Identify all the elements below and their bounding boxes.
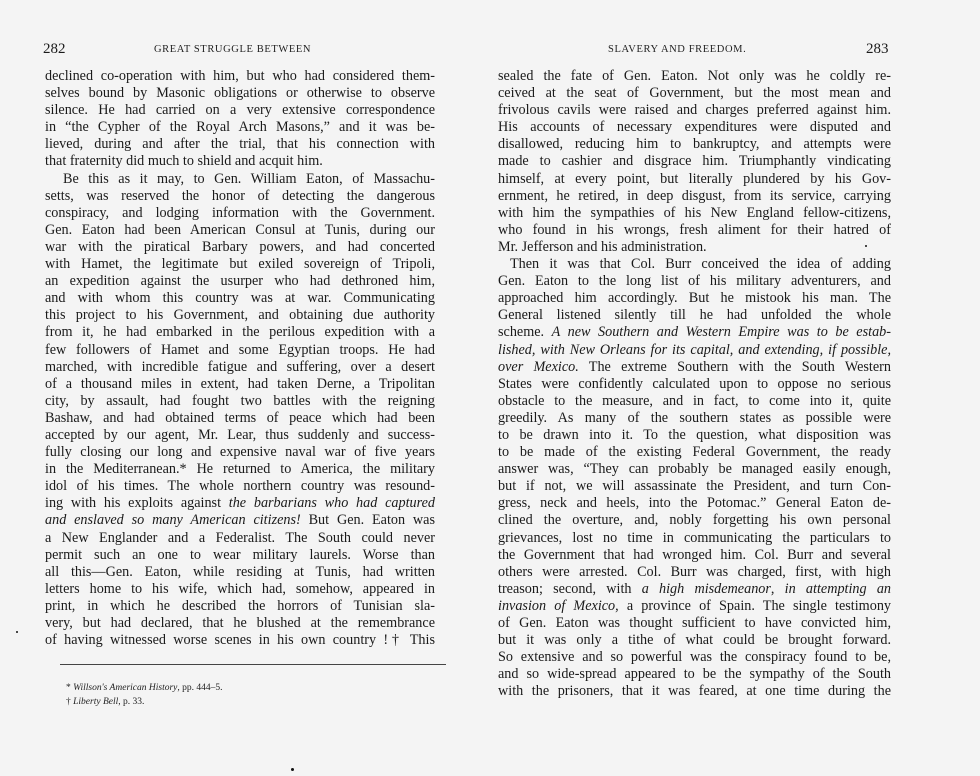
text-line: to be made of the existing Federal Gover…	[498, 444, 891, 461]
text-line: Gen. Eaton to the long list of his milit…	[498, 273, 891, 290]
text-segment: with the prisoners, that it was feared, …	[498, 683, 891, 699]
text-line: silence. He had carried on a very extens…	[45, 102, 435, 119]
text-line: obstacle to the measure, and in fact, to…	[498, 393, 891, 410]
text-segment: sealed the fate of Gen. Eaton. Not only …	[498, 68, 891, 84]
text-line: this project to his Government, and obta…	[45, 307, 435, 324]
text-segment: But Gen. Eaton was	[301, 512, 435, 528]
text-line: Be this as it may, to Gen. William Eaton…	[45, 171, 435, 188]
text-segment: with him the sympathies of his New Engla…	[498, 205, 891, 221]
text-line: all this—Gen. Eaton, while residing at T…	[45, 564, 435, 581]
text-line: declined co-operation with him, but who …	[45, 68, 435, 85]
text-line: who found in his wrongs, fresh aliment f…	[498, 222, 891, 239]
text-segment: who found in his wrongs, fresh aliment f…	[498, 222, 891, 238]
footnote: * Willson's American History, pp. 444–5.	[66, 681, 223, 695]
text-line: States were confidently calculated upon …	[498, 376, 891, 393]
italic-text: the barbarians who had captured	[229, 495, 435, 511]
text-segment: print, in which he described the horrors…	[45, 598, 435, 614]
text-segment: but it was only a tithe of what could be…	[498, 632, 891, 648]
text-line: idol of his times. The whole northern co…	[45, 478, 435, 495]
text-segment: ceived at the seat of Government, but th…	[498, 85, 891, 101]
text-segment: Mr. Jefferson and his administration.	[498, 239, 707, 255]
page-number: 282	[43, 41, 66, 58]
text-segment: answer was, “They can probably be manage…	[498, 461, 891, 477]
text-segment: city, by assault, had fought two battles…	[45, 393, 435, 409]
text-line: accepted by our agent, Mr. Lear, thus su…	[45, 427, 435, 444]
text-segment: Be this as it may, to Gen. William Eaton…	[63, 171, 435, 187]
text-line: ernment, he retired, in deep disgust, fr…	[498, 188, 891, 205]
text-line: Bashaw, and had obtained terms of peace …	[45, 410, 435, 427]
text-segment: selves bound by Masonic obligations or o…	[45, 85, 435, 101]
body-text: sealed the fate of Gen. Eaton. Not only …	[498, 68, 891, 700]
text-segment: declined co-operation with him, but who …	[45, 68, 435, 84]
scan-speck	[865, 245, 867, 247]
text-line: selves bound by Masonic obligations or o…	[45, 85, 435, 102]
text-line: city, by assault, had fought two battles…	[45, 393, 435, 410]
text-line: war with the piratical Barbary powers, a…	[45, 239, 435, 256]
text-segment: and so wide-spread appeared to be the sy…	[498, 666, 891, 682]
text-segment: war with the piratical Barbary powers, a…	[45, 239, 435, 255]
text-segment: very, but had declared, that he blushed …	[45, 615, 435, 631]
text-segment: letters home to his wife, which had, som…	[45, 581, 435, 597]
text-segment: General listened silently till he had un…	[498, 307, 891, 323]
text-segment: scheme.	[498, 324, 552, 340]
text-line: but it was only a tithe of what could be…	[498, 632, 891, 649]
text-line: clined the overture, and, nobly forgetti…	[498, 512, 891, 529]
footnote-mark: *	[66, 683, 71, 693]
text-line: answer was, “They can probably be manage…	[498, 461, 891, 478]
text-segment: few followers of Hamet and some Egyptian…	[45, 342, 435, 358]
text-line: General listened silently till he had un…	[498, 307, 891, 324]
text-line: ceived at the seat of Government, but th…	[498, 85, 891, 102]
text-line: over Mexico. The extreme Southern with t…	[498, 359, 891, 376]
text-line: grievances, lost no time in communicatin…	[498, 530, 891, 547]
text-line: invasion of Mexico, a province of Spain.…	[498, 598, 891, 615]
text-segment: to be made of the existing Federal Gover…	[498, 444, 891, 460]
text-segment: Gen. Eaton had been American Consul at T…	[45, 222, 435, 238]
footnote-divider	[60, 664, 446, 665]
text-line: lished, with New Orleans for its capital…	[498, 342, 891, 359]
text-segment: frivolous cavils were raised and charges…	[498, 102, 891, 118]
text-line: frivolous cavils were raised and charges…	[498, 102, 891, 119]
text-line: in the Mediterranean.* He returned to Am…	[45, 461, 435, 478]
footnote-page-ref: , p. 33.	[118, 697, 144, 707]
footnote: † Liberty Bell, p. 33.	[66, 695, 223, 709]
right-page: SLAVERY AND FREEDOM. 283 sealed the fate…	[490, 0, 980, 776]
text-line: treason; second, with a high misdemeanor…	[498, 581, 891, 598]
italic-text: lished, with New Orleans for its capital…	[498, 342, 891, 358]
running-head: SLAVERY AND FREEDOM.	[608, 44, 746, 55]
text-line: few followers of Hamet and some Egyptian…	[45, 342, 435, 359]
text-segment: others were arrested. Col. Burr was char…	[498, 564, 891, 580]
text-line: very, but had declared, that he blushed …	[45, 615, 435, 632]
text-segment: of having witnessed worse scenes in his …	[45, 632, 435, 648]
text-segment: gress, neck and heels, into the Potomac.…	[498, 495, 891, 511]
text-line: ing with his exploits against the barbar…	[45, 495, 435, 512]
italic-text: and enslaved so many American citizens!	[45, 512, 301, 528]
text-segment: ,	[771, 581, 785, 597]
text-line: Mr. Jefferson and his administration.	[498, 239, 891, 256]
text-segment: all this—Gen. Eaton, while residing at T…	[45, 564, 435, 580]
footnote-mark: †	[66, 697, 71, 707]
text-segment: States were confidently calculated upon …	[498, 376, 891, 392]
text-line: himself, at every point, but literally p…	[498, 171, 891, 188]
text-segment: of a thousand miles in extent, had taken…	[45, 376, 435, 392]
text-segment: treason; second, with	[498, 581, 642, 597]
text-segment: that fraternity did much to shield and a…	[45, 153, 323, 169]
text-line: greedily. As many of the southern states…	[498, 410, 891, 427]
text-line: Gen. Eaton had been American Consul at T…	[45, 222, 435, 239]
text-line: an expedition against the usurper who ha…	[45, 273, 435, 290]
text-segment: Bashaw, and had obtained terms of peace …	[45, 410, 435, 426]
text-segment: an expedition against the usurper who ha…	[45, 273, 435, 289]
text-segment: a New Englander and a Federalist. The So…	[45, 530, 435, 546]
text-line: fully closing our long and expensive nav…	[45, 444, 435, 461]
text-segment: from it, he had embarked in the perilous…	[45, 324, 435, 340]
text-segment: this project to his Government, and obta…	[45, 307, 435, 323]
text-segment: So extensive and so powerful was the con…	[498, 649, 891, 665]
text-line: marched, with incredible fatigue and suf…	[45, 359, 435, 376]
text-line: and with whom this country was at war. C…	[45, 290, 435, 307]
text-segment: in “the Cypher of the Royal Arch Masons,…	[45, 119, 435, 135]
text-line: disallowed, reducing him to bankruptcy, …	[498, 136, 891, 153]
italic-text: in attempting an	[785, 581, 891, 597]
scan-speck	[291, 768, 294, 771]
footnote-source-title: Willson's American History	[73, 683, 177, 693]
text-line: but if not, we will assassinate the Pres…	[498, 478, 891, 495]
text-line: and so wide-spread appeared to be the sy…	[498, 666, 891, 683]
text-segment: setts, was reserved the honor of detecti…	[45, 188, 435, 204]
text-line: a New Englander and a Federalist. The So…	[45, 530, 435, 547]
text-line: others were arrested. Col. Burr was char…	[498, 564, 891, 581]
text-segment: but if not, we will assassinate the Pres…	[498, 478, 891, 494]
text-segment: Gen. Eaton to the long list of his milit…	[498, 273, 891, 289]
text-segment: Then it was that Col. Burr conceived the…	[510, 256, 891, 272]
footnotes: * Willson's American History, pp. 444–5.…	[66, 681, 223, 709]
italic-text: A new Southern and Western Empire was to…	[552, 324, 891, 340]
text-line: in “the Cypher of the Royal Arch Masons,…	[45, 119, 435, 136]
text-line: and enslaved so many American citizens! …	[45, 512, 435, 529]
text-segment: disallowed, reducing him to bankruptcy, …	[498, 136, 891, 152]
text-line: to be drawn into it. To the question, wh…	[498, 427, 891, 444]
text-segment: fully closing our long and expensive nav…	[45, 444, 435, 460]
text-line: with him the sympathies of his New Engla…	[498, 205, 891, 222]
text-segment: approached him accordingly. But he misto…	[498, 290, 891, 306]
text-line: the Government that had wronged him. Col…	[498, 547, 891, 564]
left-page: 282 GREAT STRUGGLE BETWEEN declined co-o…	[0, 0, 490, 776]
text-segment: , a province of Spain. The single testim…	[615, 598, 891, 614]
text-segment: lieved, during and after the trial, that…	[45, 136, 435, 152]
text-line: made to cashier and disgrace him. Triump…	[498, 153, 891, 170]
text-segment: grievances, lost no time in communicatin…	[498, 530, 891, 546]
text-line: lieved, during and after the trial, that…	[45, 136, 435, 153]
text-line: scheme. A new Southern and Western Empir…	[498, 324, 891, 341]
text-line: with Hamet, the legitimate but exiled so…	[45, 256, 435, 273]
text-line: of having witnessed worse scenes in his …	[45, 632, 435, 649]
text-line: letters home to his wife, which had, som…	[45, 581, 435, 598]
text-line: that fraternity did much to shield and a…	[45, 153, 435, 170]
text-segment: marched, with incredible fatigue and suf…	[45, 359, 435, 375]
text-segment: accepted by our agent, Mr. Lear, thus su…	[45, 427, 435, 443]
text-line: gress, neck and heels, into the Potomac.…	[498, 495, 891, 512]
text-segment: clined the overture, and, nobly forgetti…	[498, 512, 891, 528]
footnote-page-ref: , pp. 444–5.	[177, 683, 222, 693]
text-segment: with Hamet, the legitimate but exiled so…	[45, 256, 435, 272]
scan-speck	[16, 631, 18, 633]
text-segment: ing with his exploits against	[45, 495, 229, 511]
text-line: approached him accordingly. But he misto…	[498, 290, 891, 307]
text-line: from it, he had embarked in the perilous…	[45, 324, 435, 341]
text-segment: and with whom this country was at war. C…	[45, 290, 435, 306]
text-segment: in the Mediterranean.* He returned to Am…	[45, 461, 435, 477]
italic-text: over Mexico.	[498, 359, 579, 375]
text-segment: to be drawn into it. To the question, wh…	[498, 427, 891, 443]
text-line: print, in which he described the horrors…	[45, 598, 435, 615]
text-line: sealed the fate of Gen. Eaton. Not only …	[498, 68, 891, 85]
text-segment: greedily. As many of the southern states…	[498, 410, 891, 426]
text-line: conspiracy, and lodging information with…	[45, 205, 435, 222]
text-segment: idol of his times. The whole northern co…	[45, 478, 435, 494]
page-number: 283	[866, 41, 889, 58]
text-line: of a thousand miles in extent, had taken…	[45, 376, 435, 393]
text-segment: made to cashier and disgrace him. Triump…	[498, 153, 891, 169]
text-segment: himself, at every point, but literally p…	[498, 171, 891, 187]
text-segment: of Gen. Eaton was thought sufficient to …	[498, 615, 891, 631]
text-segment: The extreme Southern with the South West…	[579, 359, 891, 375]
footnote-source-title: Liberty Bell	[73, 697, 118, 707]
text-line: permit such an one to wear military laur…	[45, 547, 435, 564]
text-segment: conspiracy, and lodging information with…	[45, 205, 435, 221]
text-line: So extensive and so powerful was the con…	[498, 649, 891, 666]
running-head: GREAT STRUGGLE BETWEEN	[154, 44, 311, 55]
body-text: declined co-operation with him, but who …	[45, 68, 435, 649]
text-line: His accounts of necessary expenditures w…	[498, 119, 891, 136]
text-segment: permit such an one to wear military laur…	[45, 547, 435, 563]
text-segment: His accounts of necessary expenditures w…	[498, 119, 891, 135]
text-line: Then it was that Col. Burr conceived the…	[498, 256, 891, 273]
text-line: of Gen. Eaton was thought sufficient to …	[498, 615, 891, 632]
text-segment: obstacle to the measure, and in fact, to…	[498, 393, 891, 409]
italic-text: invasion of Mexico	[498, 598, 615, 614]
text-segment: silence. He had carried on a very extens…	[45, 102, 435, 118]
text-segment: ernment, he retired, in deep disgust, fr…	[498, 188, 891, 204]
text-line: setts, was reserved the honor of detecti…	[45, 188, 435, 205]
text-segment: the Government that had wronged him. Col…	[498, 547, 891, 563]
italic-text: a high misdemeanor	[642, 581, 771, 597]
text-line: with the prisoners, that it was feared, …	[498, 683, 891, 700]
